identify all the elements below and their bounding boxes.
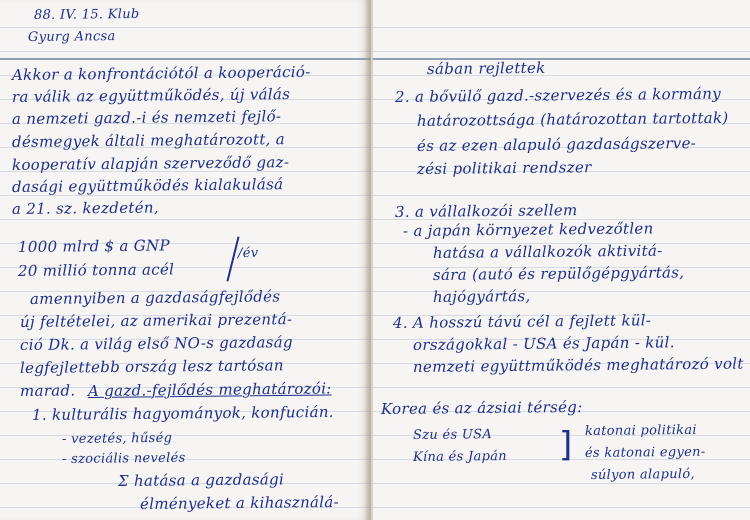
bracket-note: és katonai egyen- [585, 445, 706, 461]
text-line: hatása a vállalkozók aktivitá- [433, 242, 663, 262]
list-item-1: 1. kulturális hagyományok, konfucián. [32, 403, 334, 424]
text-line: élményeket a kihasználá- [140, 493, 339, 513]
per-year-label: /év [238, 246, 258, 261]
list-item-2: 2. a bővülő gazd.-szervezés és a kormány [395, 85, 721, 106]
text-line: nemzeti együttműködés meghatározó volt [413, 355, 744, 376]
section-heading: A gazd.-fejlődés meghatározói: [88, 379, 332, 400]
notebook-spread: 88. IV. 15. Klub Gyurg Ancsa Akkor a kon… [0, 0, 750, 520]
text-line: sára (autó és repülőgépgyártás, [433, 263, 684, 284]
text-line: Akkor a konfrontációtól a kooperáció- [12, 63, 311, 84]
text-line: országokkal - USA és Japán - kül. [413, 333, 675, 354]
left-page: 88. IV. 15. Klub Gyurg Ancsa Akkor a kon… [0, 0, 371, 520]
section-title: Korea és az ázsiai térség: [381, 398, 583, 418]
list-item-3: 3. a vállalkozói szellem [395, 201, 578, 221]
figure-line: 1000 mlrd $ a GNP [18, 236, 170, 256]
text-line: és az ezen alapuló gazdaságszerve- [417, 134, 696, 155]
text-line: Σ hatása a gazdasági [118, 470, 284, 490]
name-line: Gyurg Ancsa [28, 29, 116, 45]
text-line: zési politikai rendszer [417, 158, 592, 178]
text-line: kooperatív alapján szerveződő gaz- [12, 153, 289, 174]
heading-prefix: marad. [20, 381, 76, 400]
bracket-note: súlyon alapuló, [591, 467, 695, 483]
list-item-4: 4. A hosszú távú cél a fejlett kül- [393, 311, 651, 332]
right-page: sában rejlettek 2. a bővülő gazd.-szerve… [371, 0, 750, 520]
text-line: legfejlettebb ország lesz tartósan [20, 356, 284, 377]
text-line: désmegyek általi meghatározott, a [12, 130, 285, 151]
text-line: dasági együttműködés kialakulásá [12, 175, 283, 196]
text-line: hajógyártás, [433, 287, 531, 306]
text-line: ra válik az együttműködés, új válás [12, 85, 290, 106]
text-line: amennyiben a gazdaságfejlődés [30, 287, 280, 308]
text-line: ció Dk. a világ első NO-s gazdaság [20, 333, 293, 354]
text-line: határozottsága (határozottan tartottak) [417, 109, 729, 130]
sub-item: - szociális nevelés [62, 451, 186, 467]
header-rule [0, 58, 371, 60]
bracket-note: katonai politikai [585, 423, 697, 439]
sub-item: - vezetés, hűség [62, 431, 172, 447]
text-line: sában rejlettek [427, 59, 546, 78]
page-gutter-shadow [364, 0, 371, 520]
text-line: a 21. sz. kezdetén, [12, 198, 159, 218]
text-line: új feltételei, az amerikai prezentá- [20, 310, 292, 331]
pair-item: Szu és USA [413, 427, 492, 443]
sub-item: - a japán környezet kedvezőtlen [403, 219, 654, 240]
figure-line: 20 millió tonna acél [18, 260, 174, 280]
bracket-mark: ] [559, 428, 572, 462]
pair-item: Kína és Japán [413, 449, 507, 465]
text-line: a nemzeti gazd.-i és nemzeti fejlő- [12, 107, 281, 128]
date-line: 88. IV. 15. Klub [34, 7, 140, 23]
